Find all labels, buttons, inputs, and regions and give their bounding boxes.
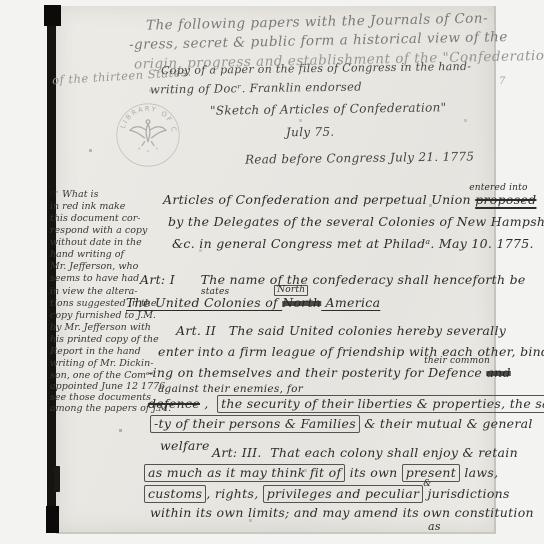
text-segment-plain: without date in the <box>50 237 142 248</box>
text-segment-plain: in red ink make <box>50 201 125 212</box>
text-segment-box: the security of their liberties & proper… <box>217 395 544 413</box>
text-segment-plain: Art. II The said United colonies hereby … <box>176 323 506 338</box>
text-segment-plain: welfare <box>160 438 210 453</box>
handwritten-line: within its own limits; and may amend its… <box>150 507 534 520</box>
handwritten-line: copy furnished to J.M. <box>50 311 156 321</box>
text-segment-plain: respond with a copy <box>50 225 147 236</box>
article-1-line: Art: I The name of the confederacy shall… <box>140 274 526 287</box>
text-segment-plain: its own <box>345 465 401 480</box>
handwritten-line: as much as it may think fit of its own p… <box>144 467 498 480</box>
text-segment-box: -ty of their persons & Families <box>150 415 360 433</box>
text-segment-plain: see those documents <box>50 392 151 403</box>
article-2-line: Art. II The said United colonies hereby … <box>176 325 506 338</box>
handwritten-line: &c. in general Congress met at Philadᵃ. … <box>172 238 534 251</box>
handwritten-line: Mr. Jefferson, who <box>50 262 138 272</box>
handwritten-line: by the Delegates of the several Colonies… <box>168 216 544 229</box>
handwritten-line: by Mr. Jefferson with <box>50 323 151 333</box>
page-number: 7 <box>499 76 505 87</box>
text-segment-plain: & their mutual & general <box>360 416 533 431</box>
photo-frame: LIBRARY OF CONGRESS * * * 7 The followin… <box>0 0 544 544</box>
handwritten-line: against their enemies, for <box>158 384 303 395</box>
handwritten-line: appointed June 12 1776 <box>50 382 165 392</box>
text-segment-plain: Articles of Confederation and perpetual … <box>163 192 475 207</box>
text-segment-plain: Defence <box>428 365 486 380</box>
handwritten-line: this document cor- <box>50 214 141 224</box>
text-segment-plain: Report in the hand <box>50 346 141 357</box>
text-segment-box: privileges and peculiar <box>263 485 423 503</box>
text-segment-plain: Art: I The name of the confederacy shall… <box>140 272 526 287</box>
text-segment-plain: &c. in general Congress met at Philadᵃ. … <box>172 236 534 251</box>
handwritten-line: ☞ What is <box>50 190 98 200</box>
text-segment-plain: -ing on themselves and their posterity f… <box>148 365 428 380</box>
text-segment-plain: in view the altera- <box>50 286 138 297</box>
text-segment-strikeunder: proposed <box>475 192 536 207</box>
text-segment-plain: Art: III. That each colony shall enjoy &… <box>212 445 518 460</box>
handwritten-line: defence , the security of their libertie… <box>148 398 544 411</box>
confederacy-name-line: The United Coloniesstates of NorthNorth … <box>126 297 380 310</box>
handwritten-line: writing of Docʳ. Franklin endorsed <box>150 82 362 96</box>
handwritten-line: welfare <box>160 440 210 453</box>
text-segment-plain: writing of Docʳ. Franklin endorsed <box>150 80 362 97</box>
read-note-line: Read before Congress July 21. 1775 <box>245 150 474 165</box>
handwritten-line: customs, rights, privileges and peculiar… <box>144 488 510 501</box>
film-edge-nub <box>54 466 60 492</box>
text-segment-plain: appointed June 12 1776 <box>50 381 165 392</box>
library-of-congress-stamp: LIBRARY OF CONGRESS * * * <box>109 96 187 174</box>
handwritten-line: hand writing of <box>50 250 124 260</box>
text-segment-plain: as <box>428 520 441 533</box>
text-segment-plain: son, one of the Comᵉᵉ <box>50 370 153 381</box>
text-segment-blot: and <box>486 365 510 380</box>
text-segment-plain: copy furnished to J.M. <box>50 310 156 321</box>
text-segment-plain: jurisdictions <box>423 486 510 501</box>
handwritten-line: son, one of the Comᵉᵉ <box>50 371 153 381</box>
text-segment-plain: by Mr. Jefferson with <box>50 322 151 333</box>
manuscript-photo-page: { "meta": { "title": "Sketch of Articles… <box>0 0 544 544</box>
date-line: July 75. <box>286 126 335 139</box>
text-segment-plain: by the Delegates of the several Colonies… <box>168 214 544 229</box>
stamp-ring-dots: * * * <box>136 145 163 156</box>
text-segment-under: The United Colonies <box>126 295 261 310</box>
eagle-icon <box>130 120 166 146</box>
handwritten-line: seems to have had <box>50 274 139 284</box>
handwritten-line: in red ink make <box>50 202 125 212</box>
text-segment-blot: North <box>282 295 321 310</box>
text-segment-plain: What is <box>62 189 98 200</box>
text-segment-plain: , rights, <box>206 486 262 501</box>
text-segment-under: America <box>321 295 380 310</box>
text-segment-plain: hand writing of <box>50 249 124 260</box>
text-segment-plain: within its own limits; and may amend its… <box>150 505 534 520</box>
handwritten-line: respond with a copy <box>50 226 147 236</box>
text-segment-plain: seems to have had <box>50 273 139 284</box>
text-segment-plain: against their enemies, for <box>158 383 303 395</box>
svg-text:* * *: * * * <box>136 145 163 156</box>
handwritten-line: see those documents <box>50 393 151 403</box>
text-segment-plain: writing of Mr. Dickin- <box>50 358 153 369</box>
text-segment-box: customs <box>144 485 206 503</box>
text-segment-plain: , <box>200 396 217 411</box>
text-segment-plain: Mr. Jefferson, who <box>50 261 138 272</box>
text-segment-plain: his printed copy of the <box>50 334 159 345</box>
handwritten-line: writing of Mr. Dickin- <box>50 359 153 369</box>
handwritten-line: -ty of their persons & Families & their … <box>150 418 533 431</box>
handwritten-line: Report in the hand <box>50 347 141 357</box>
text-segment-plain: laws, <box>460 465 498 480</box>
handwritten-line: -ing on themselves and their posterity f… <box>148 367 511 380</box>
handwritten-line: without date in the <box>50 238 142 248</box>
paper-speckles <box>0 0 1 1</box>
text-segment-box: as much as it may think fit of <box>144 464 345 482</box>
text-segment-plain: July 75. <box>286 125 335 140</box>
text-segment-plain: this document cor- <box>50 213 141 224</box>
text-segment-struck: defence <box>148 396 200 411</box>
text-segment-under: of <box>261 295 282 310</box>
document-title-line: "Sketch of Articles of Confederation" <box>210 101 447 116</box>
article-3-line: Art: III. That each colony shall enjoy &… <box>212 447 518 460</box>
handwritten-line: as <box>428 521 441 532</box>
caption-line: Articles of Confederation and perpetual … <box>163 194 536 207</box>
text-segment-manicule: ☞ <box>50 189 62 200</box>
handwritten-line: his printed copy of the <box>50 335 159 345</box>
handwritten-line: in view the altera- <box>50 287 138 297</box>
